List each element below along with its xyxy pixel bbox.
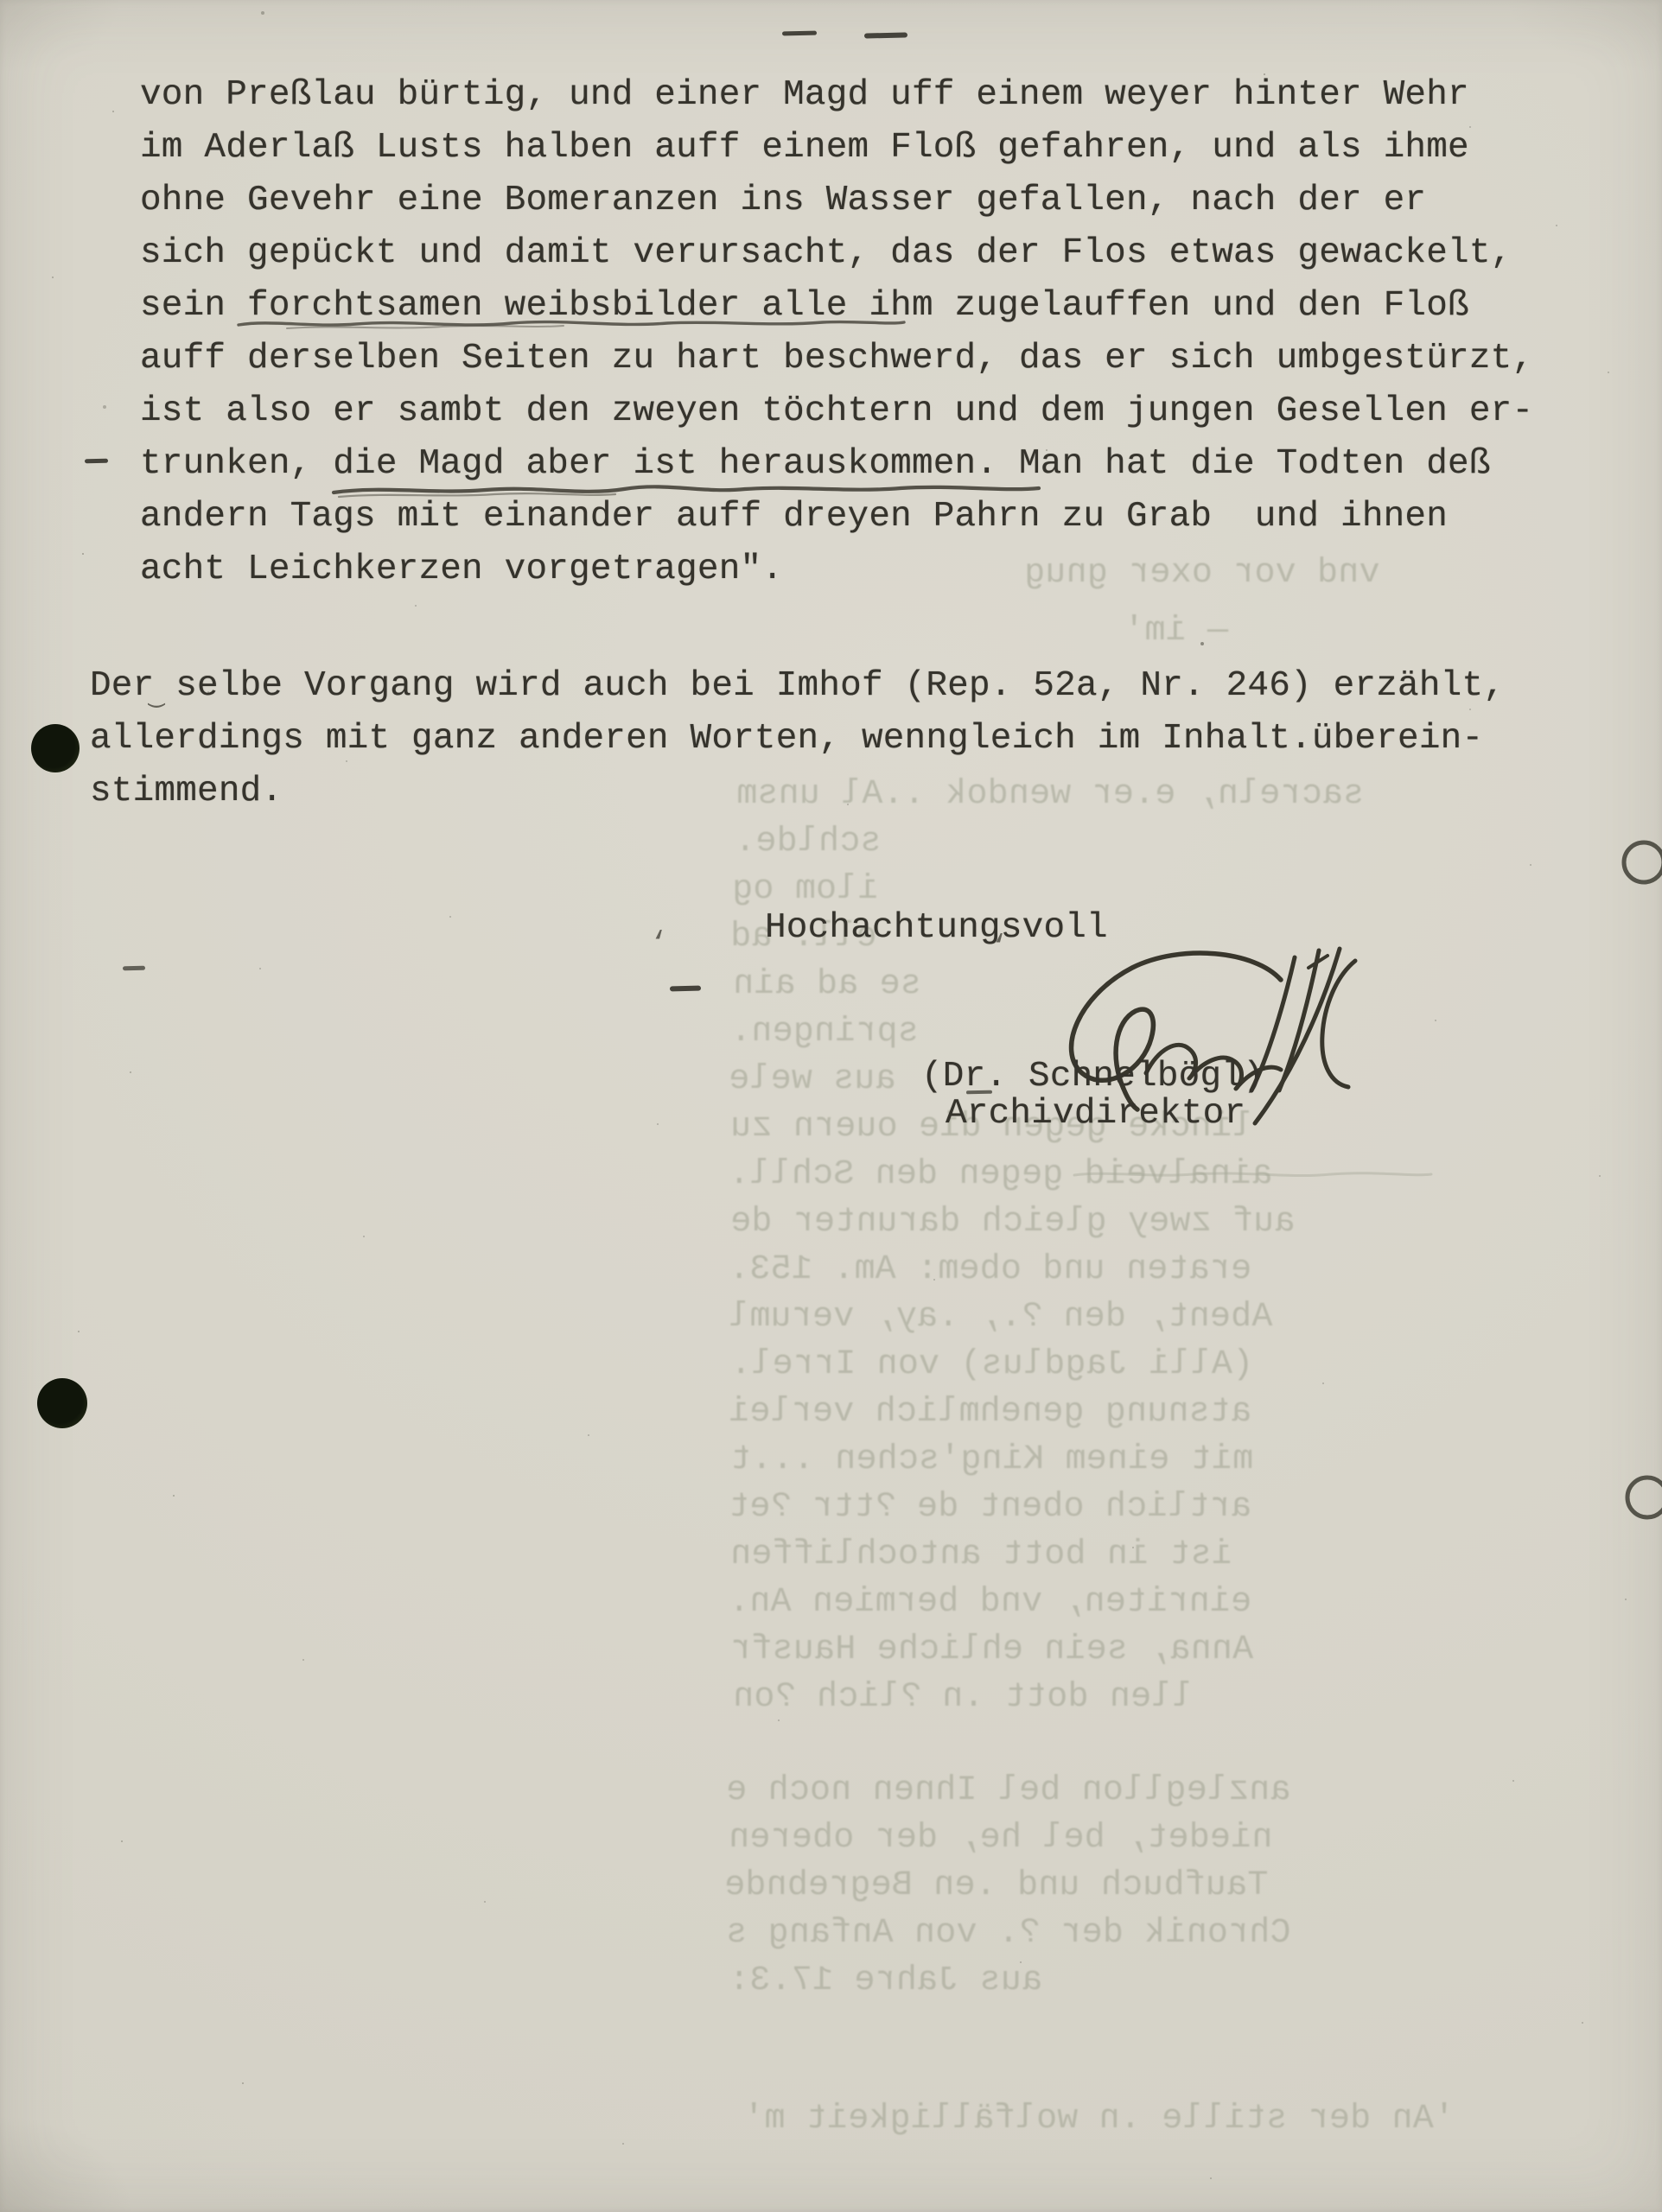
paragraph-line: stimmend.	[90, 771, 283, 812]
pen-dash-mark	[782, 31, 817, 36]
pen-dash-mark	[123, 966, 145, 971]
bleedthrough-text-line: schlde.	[735, 823, 881, 862]
bleedthrough-text-line: Taufbuch und .en Begrebnde	[724, 1866, 1268, 1906]
bleedthrough-text-line: aus wele	[729, 1060, 896, 1100]
bleedthrough-text-line: mit einem King'schen ...t	[730, 1440, 1253, 1480]
paragraph-line: allerdings mit ganz anderen Worten, wenn…	[90, 718, 1483, 760]
paper-specks	[0, 0, 2, 2]
bleedthrough-text-line: anzlegllon bel Ihnen noch e	[726, 1771, 1291, 1811]
pen-dash-mark	[864, 32, 907, 38]
bleedthrough-text-line: Anna, sein ehliche Hausfr	[730, 1630, 1253, 1670]
quote-line: von Preßlau bürtig, und einer Magd uff e…	[140, 74, 1469, 116]
punch-hole	[31, 724, 80, 772]
bleedthrough-text-line: ist in bott antochliffen	[730, 1535, 1232, 1575]
bleedthrough-text-line: (Alli Jagdlus) von Irrel.	[730, 1345, 1253, 1385]
quote-line: ist also er sambt den zweyen töchtern un…	[140, 391, 1533, 432]
bleedthrough-text-line: eraten und obem: Am. 153.	[729, 1250, 1251, 1290]
bleedthrough-text-line: Abent, den ?., .ay, veruml	[729, 1298, 1272, 1338]
bleedthrough-text-line: Chronik der ?. von Anfang s	[726, 1914, 1291, 1954]
bleedthrough-text-line: atsnung genehmlich verlei	[729, 1393, 1251, 1433]
bleedthrough-text-line: vnd vor oxer gnug	[1024, 554, 1379, 594]
quote-line: ohne Gevehr eine Bomeranzen ins Wasser g…	[140, 180, 1426, 221]
scanned-letter-page: vnd vor oxer gnug— im'sacreln, e.er wend…	[0, 0, 1662, 2212]
bleedthrough-text-line: se ad ain	[733, 965, 921, 1005]
bleedthrough-text-line: springen.	[730, 1013, 919, 1052]
punch-hole	[37, 1378, 87, 1428]
pen-dash-mark	[670, 986, 701, 992]
comma-mark: ‘	[650, 930, 667, 959]
bleedthrough-text-line: 'An der stille .n wolfälligkeit m'	[743, 2100, 1455, 2139]
binder-ring-mark	[1619, 837, 1662, 887]
bleedthrough-text-line: sacreln, e.er wendok ..Al unsm	[736, 775, 1364, 815]
margin-dash-mark	[85, 459, 108, 464]
bleedthrough-text-line: auf zwey gleich darunter de	[730, 1203, 1296, 1243]
bleedthrough-text-line: — im'	[1124, 612, 1228, 652]
bleedthrough-text-line: ilom og	[732, 870, 878, 910]
paragraph-line: Der selbe Vorgang wird auch bei Imhof (R…	[90, 665, 1505, 707]
hand-underline	[235, 313, 909, 335]
quote-line: auff derselben Seiten zu hart beschwerd,…	[140, 338, 1533, 379]
hand-underline	[330, 477, 1046, 503]
bleedthrough-text-line: niedet, bel he, der oberen	[729, 1819, 1272, 1859]
signer-title-line: Archivdirektor	[946, 1093, 1245, 1135]
quote-line: acht Leichkerzen vorgetragen".	[140, 549, 783, 590]
quote-line: sich gepückt und damit verursacht, das d…	[140, 232, 1512, 274]
bleedthrough-text-line: llen dott .n ?lich ?on	[733, 1678, 1194, 1718]
undertie-mark: ‿	[149, 681, 164, 710]
ghost-underline	[1072, 1166, 1435, 1182]
bleedthrough-text-line: einriten, vnd bermien An.	[729, 1583, 1251, 1623]
binder-ring-mark	[1622, 1472, 1662, 1522]
bleedthrough-text-line: aus Jahre 17.3:	[729, 1961, 1042, 2001]
quote-line: im Aderlaß Lusts halben auff einem Floß …	[140, 127, 1469, 168]
bleedthrough-text-line: artlich obent de ?ttr ?et	[729, 1488, 1251, 1528]
